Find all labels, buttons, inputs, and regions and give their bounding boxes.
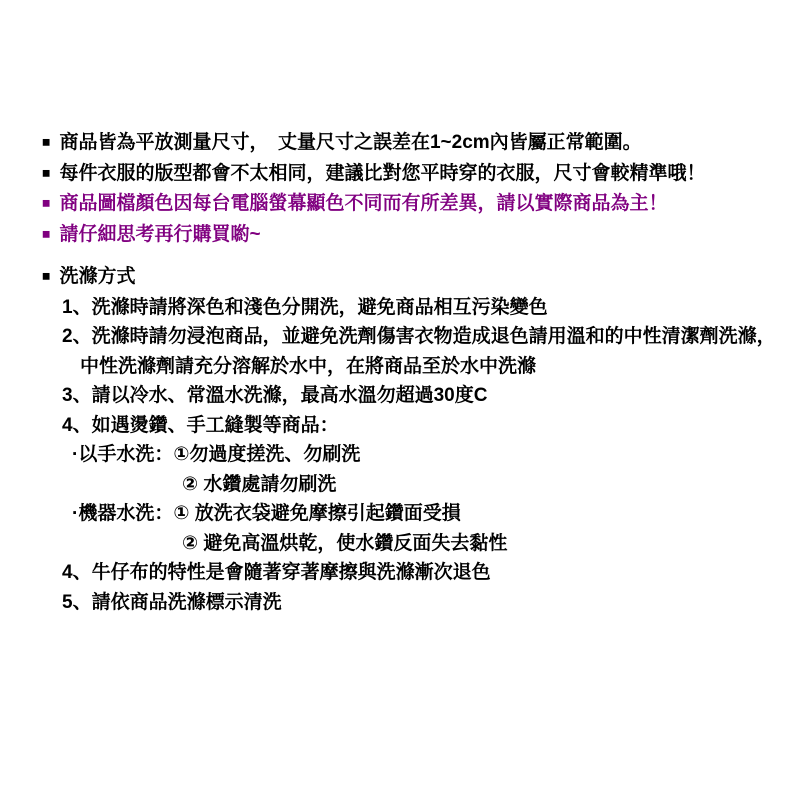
washing-step-2-continued: 中性洗滌劑請充分溶解於水中，在將商品至於水中洗滌 (80, 352, 790, 382)
washing-step-4: 4、如遇燙鑽、手工縫製等商品： (62, 411, 790, 441)
square-bullet-icon: ■ (42, 219, 50, 249)
washing-step-2-text: 2、洗滌時請勿浸泡商品，並避免洗劑傷害衣物造成退色請用溫和的中性清潔劑洗滌， (62, 326, 776, 347)
hand-wash-instruction-2-text: ② 水鑽處請勿刷洗 (182, 474, 336, 495)
washing-step-1-text: 1、洗滌時請將深色和淺色分開洗，避免商品相互污染變色 (62, 297, 548, 318)
notice-measurement: ■商品皆為平放測量尺寸， 丈量尺寸之誤差在1~2cm內皆屬正常範圍。 (42, 128, 790, 159)
washing-step-3-text: 3、請以冷水、常溫水洗滌，最高水溫勿超過30度C (62, 385, 487, 406)
hand-wash-instruction-1: ·以手水洗：①勿過度搓洗、勿刷洗 (72, 440, 790, 470)
notice-think-before-buy-text: 請仔細思考再行購買喲~ (59, 224, 260, 245)
machine-wash-instruction-1-text: ·機器水洗：① 放洗衣袋避免摩擦引起鑽面受損 (72, 503, 461, 524)
washing-step-denim-text: 4、牛仔布的特性是會隨著穿著摩擦與洗滌漸次退色 (62, 562, 491, 583)
notice-color-disclaimer-text: 商品圖檔顏色因每台電腦螢幕顯色不同而有所差異，請以實際商品為主！ (59, 193, 667, 214)
notice-think-before-buy: ■請仔細思考再行購買喲~ (42, 220, 790, 251)
product-notice-document: ■商品皆為平放測量尺寸， 丈量尺寸之誤差在1~2cm內皆屬正常範圍。 ■每件衣服… (0, 0, 800, 800)
washing-section-title: ■洗滌方式 (42, 262, 790, 293)
notice-color-disclaimer: ■商品圖檔顏色因每台電腦螢幕顯色不同而有所差異，請以實際商品為主！ (42, 189, 790, 220)
machine-wash-instruction-2-text: ② 避免高溫烘乾，使水鑽反面失去黏性 (182, 533, 507, 554)
notice-measurement-text: 商品皆為平放測量尺寸， 丈量尺寸之誤差在1~2cm內皆屬正常範圍。 (59, 132, 641, 153)
washing-section-title-text: 洗滌方式 (59, 266, 135, 287)
hand-wash-instruction-1-text: ·以手水洗：①勿過度搓洗、勿刷洗 (72, 444, 360, 465)
machine-wash-instruction-2: ② 避免高溫烘乾，使水鑽反面失去黏性 (182, 529, 790, 559)
washing-step-4-text: 4、如遇燙鑽、手工縫製等商品： (62, 415, 339, 436)
hand-wash-instruction-2: ② 水鑽處請勿刷洗 (182, 470, 790, 500)
machine-wash-instruction-1: ·機器水洗：① 放洗衣袋避免摩擦引起鑽面受損 (72, 499, 790, 529)
washing-step-3: 3、請以冷水、常溫水洗滌，最高水溫勿超過30度C (62, 381, 790, 411)
washing-step-1: 1、洗滌時請將深色和淺色分開洗，避免商品相互污染變色 (62, 293, 790, 323)
square-bullet-icon: ■ (42, 158, 50, 188)
square-bullet-icon: ■ (42, 128, 50, 158)
notice-fit-variance-text: 每件衣服的版型都會不太相同，建議比對您平時穿的衣服，尺寸會較精準哦！ (59, 163, 705, 184)
square-bullet-icon: ■ (42, 189, 50, 219)
washing-step-2: 2、洗滌時請勿浸泡商品，並避免洗劑傷害衣物造成退色請用溫和的中性清潔劑洗滌， (62, 322, 790, 352)
washing-step-5-text: 5、請依商品洗滌標示清洗 (62, 592, 282, 613)
washing-step-denim: 4、牛仔布的特性是會隨著穿著摩擦與洗滌漸次退色 (62, 558, 790, 588)
washing-step-5: 5、請依商品洗滌標示清洗 (62, 588, 790, 618)
washing-step-2-continued-text: 中性洗滌劑請充分溶解於水中，在將商品至於水中洗滌 (80, 356, 536, 377)
notice-fit-variance: ■每件衣服的版型都會不太相同，建議比對您平時穿的衣服，尺寸會較精準哦！ (42, 159, 790, 190)
square-bullet-icon: ■ (42, 262, 50, 292)
